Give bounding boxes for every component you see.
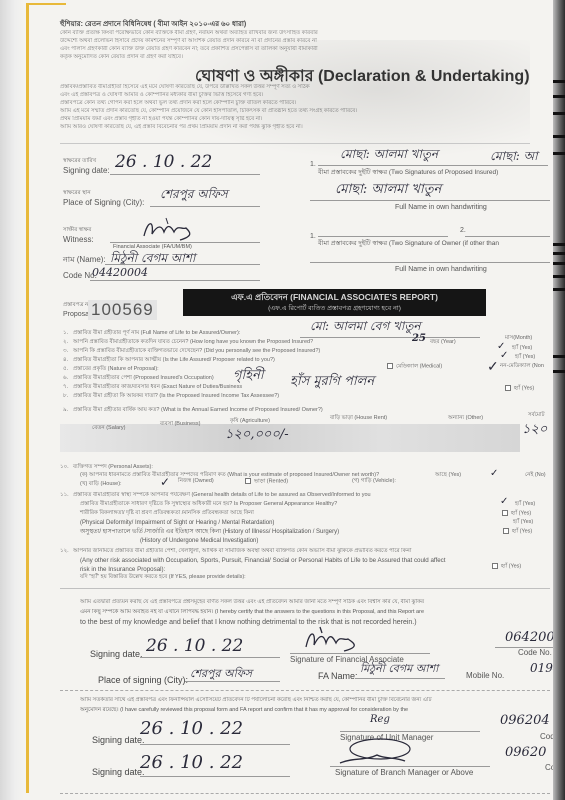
fa-banner-title: এফ.এ প্রতিবেদন (FINANCIAL ASSOCIATE'S RE… xyxy=(183,289,486,304)
risk-question: (Any other risk associated with Occupati… xyxy=(80,556,445,565)
answer-2: 25 xyxy=(412,333,426,344)
answer-7: হাঁস মুরগি পালন xyxy=(290,372,374,393)
declaration-line: প্রস্তাবক/প্রস্তাবিত বীমাগ্রহীতা হিসেবে … xyxy=(60,84,530,92)
question-8: প্রস্তাবিত বীমা গ্রহীতা কি আয়কর দাতা? (… xyxy=(73,393,279,400)
checkbox[interactable] xyxy=(503,528,509,534)
warning-header: হুঁশিয়ার: রেতন প্রদানে বিধিনিষেধ ( বীমা… xyxy=(60,20,246,29)
checkbox[interactable] xyxy=(502,510,508,516)
income-agriculture-value: ১২০,০০০/- xyxy=(225,425,289,446)
declaration-line: আমি এই মর্মে সম্মতি প্রদান করিতেছি যে, ক… xyxy=(60,108,530,116)
place-value: শেরপুর অফিস xyxy=(160,186,228,206)
um-signing-date-value: 26 . 10 . 22 xyxy=(140,718,243,739)
fa-name-label: FA Name: xyxy=(318,671,358,682)
certification-text-bn: আমি এতদ্বারা প্রত্যয়ন করছি যে এই প্রস্ত… xyxy=(80,599,550,606)
answer-3: হ্যাঁ (Yes) xyxy=(512,345,532,352)
option-medical[interactable]: মেডিক্যাল (Medical) xyxy=(387,363,442,370)
income-agriculture-label: কৃষি (Agriculture) xyxy=(230,418,270,425)
vehicle-label: (গ) গাড়ি (Vehicle): xyxy=(352,478,396,485)
fa-name-value: মিঠুনী বেগম আশা xyxy=(360,660,438,679)
risk-question-bn: আপনার জানামতে প্রস্তাবিত বীমা গ্রহীতার প… xyxy=(73,548,553,555)
checkmark-icon: ✓ xyxy=(487,358,499,375)
income-salary-label: বেতন (Salary) xyxy=(92,425,125,432)
deformity-question-bn: শারীরিক বিকলাঙ্গতা/ দৃষ্টি বা শ্রবণ প্রত… xyxy=(80,510,254,517)
question-4: প্রস্তাবিত বীমাগ্রহীতা কি আপনার আত্মীয় … xyxy=(73,357,275,364)
scan-binding-edge xyxy=(553,0,565,800)
owner-sign-caption: বীমা প্রস্তাবকের দুইটি স্বাক্ষর (Two Sig… xyxy=(318,239,499,248)
bm-signature-label: Signature of Branch Manager or Above xyxy=(335,768,473,778)
insured-signature-1: মোছা: আলমা খাতুন xyxy=(340,146,438,166)
question-9: প্রস্তাবিত বীমা গ্রহীতার বার্ষিক আয় কত?… xyxy=(73,407,323,414)
investigation-question: (History of Undergone Medical Investigat… xyxy=(140,537,258,546)
option-non-medical: নন-মেডিক্যাল (Non xyxy=(500,363,544,370)
checkmark-icon: ✓ xyxy=(160,475,170,489)
house-rented-option[interactable]: ভাড়া (Rented) xyxy=(245,478,288,485)
review-text: অনুমোদন রয়েছে। (I have carefully review… xyxy=(80,707,555,714)
question-2: আপনি প্রস্তাবিত বীমাগ্রহীতাকে কতদিন যাবত… xyxy=(73,339,313,346)
illness-question: অসুস্থতা/ হাসপাতালে ভর্তি /সার্জারি এর ই… xyxy=(80,528,339,537)
income-box xyxy=(60,424,520,452)
fa-report-banner: এফ.এ প্রতিবেদন (FINANCIAL ASSOCIATE'S RE… xyxy=(183,289,486,316)
fa-code-label: Code No. xyxy=(518,648,552,658)
um-code-value: 096204 xyxy=(500,713,550,728)
owner-full-name-caption: Full Name in own handwriting xyxy=(395,265,487,274)
um-signature: Reg xyxy=(370,714,390,725)
question-3: আপনি কি প্রস্তাবিত বীমাগ্রহীতাকে ব্যক্তি… xyxy=(73,348,320,355)
warning-line: উদ্দেশ্যে অথবা প্রলোভন হিসাবে প্রদেয় কম… xyxy=(60,38,530,46)
house-label: (খ) বাড়ি (House): xyxy=(80,481,122,488)
insured-full-name: মোছা: আলমা খাতুন xyxy=(335,180,441,201)
warning-line: কোন ব্যক্তি প্রত্যক্ষ কিংবা পরোক্ষভাবে ক… xyxy=(60,30,530,38)
bm-code-value: 09620 xyxy=(505,745,546,760)
income-house-rent-label: বাড়ি ভাড়া (House Rent) xyxy=(330,415,387,422)
question-5: প্রস্তাবের প্রকৃতি (Nature of Proposal): xyxy=(73,366,159,373)
fa-signing-date-label: Signing date. xyxy=(90,649,143,660)
deformity-yes-2: হ্যাঁ (Yes) xyxy=(513,519,533,526)
review-text-bn: আমি সতর্কতার সাথে এই প্রস্তাবপত্র এবং ফি… xyxy=(80,697,550,704)
appearance-question: প্রস্তাবিত বীমাগ্রহীতাকে সাধারণ দৃষ্টিতে… xyxy=(80,501,337,508)
income-business-label: ব্যবসা (Business) xyxy=(160,421,200,428)
page-border-top xyxy=(26,3,66,5)
page-border-left xyxy=(26,3,29,793)
vehicle-yes-option: আছে (Yes) xyxy=(435,472,461,479)
declaration-line: আমি আরও ঘোষণা করিতেছি যে, এই প্রস্তাব বি… xyxy=(60,124,530,132)
fa-mobile-label: Mobile No. xyxy=(466,671,504,681)
bm-signing-date-label: Signing date. xyxy=(92,767,145,778)
illness-yes[interactable]: হ্যাঁ (Yes) xyxy=(503,528,532,535)
risk-details-prompt: যদি "হ্যাঁ" হয় বিস্তারিত উল্লেখ করতে হব… xyxy=(80,574,246,581)
checkbox[interactable] xyxy=(492,563,498,569)
signing-date-label: Signing date: xyxy=(63,166,110,176)
name-label: নাম (Name): xyxy=(63,255,106,265)
risk-question-2: risk in the Insurance Proposal): xyxy=(80,565,165,574)
deformity-yes[interactable]: হ্যাঁ (Yes) xyxy=(502,510,531,517)
deformity-question: (Physical Deformity/ Impairment of Sight… xyxy=(80,519,274,528)
certification-text-mixed: এমন কিছু সম্পর্কে আমি অবহিত নই যা এখানে … xyxy=(80,609,550,616)
scanned-document-page: হুঁশিয়ার: রেতন প্রদানে বিধিনিষেধ ( বীমা… xyxy=(0,0,565,800)
vehicle-no-option: নেই (No) xyxy=(525,472,546,479)
signing-date-value: 26 . 10 . 22 xyxy=(115,152,212,172)
health-question: প্রস্তাবিত বীমাগ্রহীতার স্বাস্থ্য সম্পর্… xyxy=(73,492,543,499)
fa-signing-date-value: 26 . 10 . 22 xyxy=(146,636,243,656)
income-total-label: সর্বমোট xyxy=(528,412,545,419)
answer-1: মো: আলমা বেগ খাতুন xyxy=(310,318,421,338)
fa-code-value: 064200 xyxy=(505,630,555,645)
checkbox[interactable] xyxy=(505,385,511,391)
house-owned-option: নিজস্ব (Owned) xyxy=(178,478,214,485)
bm-signing-date-value: 26 . 10 . 22 xyxy=(140,752,243,773)
question-7: প্রস্তাবিত বীমাগ্রহীতার কাজ/ব্যবসার ধরন … xyxy=(73,384,242,391)
assets-title: ব্যক্তিগত সম্পদ (Personal Assets): xyxy=(73,464,153,471)
scan-left-shadow xyxy=(0,0,24,800)
checkbox[interactable] xyxy=(245,478,251,484)
income-other-label: অন্যান্য (Other) xyxy=(448,415,483,422)
income-total-value: ১২০ xyxy=(522,420,547,441)
full-name-caption: Full Name in own handwriting xyxy=(395,203,487,212)
checkmark-icon: ✓ xyxy=(500,350,508,361)
question-1: প্রস্তাবিত বীমা গ্রহীতার পূর্ণ নাম (Full… xyxy=(73,330,240,337)
checkmark-icon: ✓ xyxy=(490,468,498,479)
warning-line: এবং পলিসি গ্রহণকারী কোন ব্যক্তি উক্ত রেয… xyxy=(60,46,530,54)
place-label-bn: স্বাক্ষরের স্থান xyxy=(63,190,91,197)
insured-sign-caption: বীমা প্রস্তাবকের দুইটি স্বাক্ষর (Two Sig… xyxy=(318,168,498,177)
code-value: 04420004 xyxy=(92,266,148,279)
place-label: Place of Signing (City): xyxy=(63,198,144,208)
fa-banner-subtitle: (এফ.এ রিপোর্ট ব্যতিত প্রস্তাবপত্র গ্রহণয… xyxy=(183,304,486,313)
question-6: প্রস্তাবিত বীমাগ্রহীতার পেশা (Proposed I… xyxy=(73,375,214,382)
witness-label: Witness: xyxy=(63,235,94,245)
assets-net-worth-question: (ক) আপনার ধারনামতে প্রস্তাবিত বীমাগ্রহীত… xyxy=(80,472,379,479)
answer-4: হ্যাঁ (Yes) xyxy=(515,354,535,361)
option-yes[interactable]: হ্যাঁ (Yes) xyxy=(505,385,534,392)
proposal-number: 100569 xyxy=(88,300,157,320)
appearance-answer: হ্যাঁ (Yes) xyxy=(515,501,535,508)
risk-yes-option[interactable]: হ্যাঁ (Yes) xyxy=(492,563,521,570)
witness-label-bn: সাক্ষীর স্বাক্ষর xyxy=(63,227,91,234)
proposal-no-label-bn: প্রস্তাবপত্র নং xyxy=(63,302,91,309)
um-signing-date-label: Signing date. xyxy=(92,735,145,746)
warning-line: কর্তৃক অনুমোদিত কোন রেয়াত প্রদান বা গ্র… xyxy=(60,54,530,62)
declaration-line: প্রস্তাবপত্রে কোন তথ্য গোপন করা হলে অথবা… xyxy=(60,100,530,108)
declaration-line: প্রথম প্রিমিয়াম জমা এবং প্রস্তাব গৃহীত … xyxy=(60,116,530,124)
declaration-line: এবং এই প্রস্তাবপত্র ও ঘোষণা আমার ও কোম্প… xyxy=(60,92,530,100)
fa-place-label: Place of signing (City): xyxy=(98,675,188,686)
checkbox[interactable] xyxy=(387,363,393,369)
checkmark-icon: ✓ xyxy=(500,496,508,507)
signing-date-label-bn: স্বাক্ষরের তারিখ xyxy=(63,158,96,165)
